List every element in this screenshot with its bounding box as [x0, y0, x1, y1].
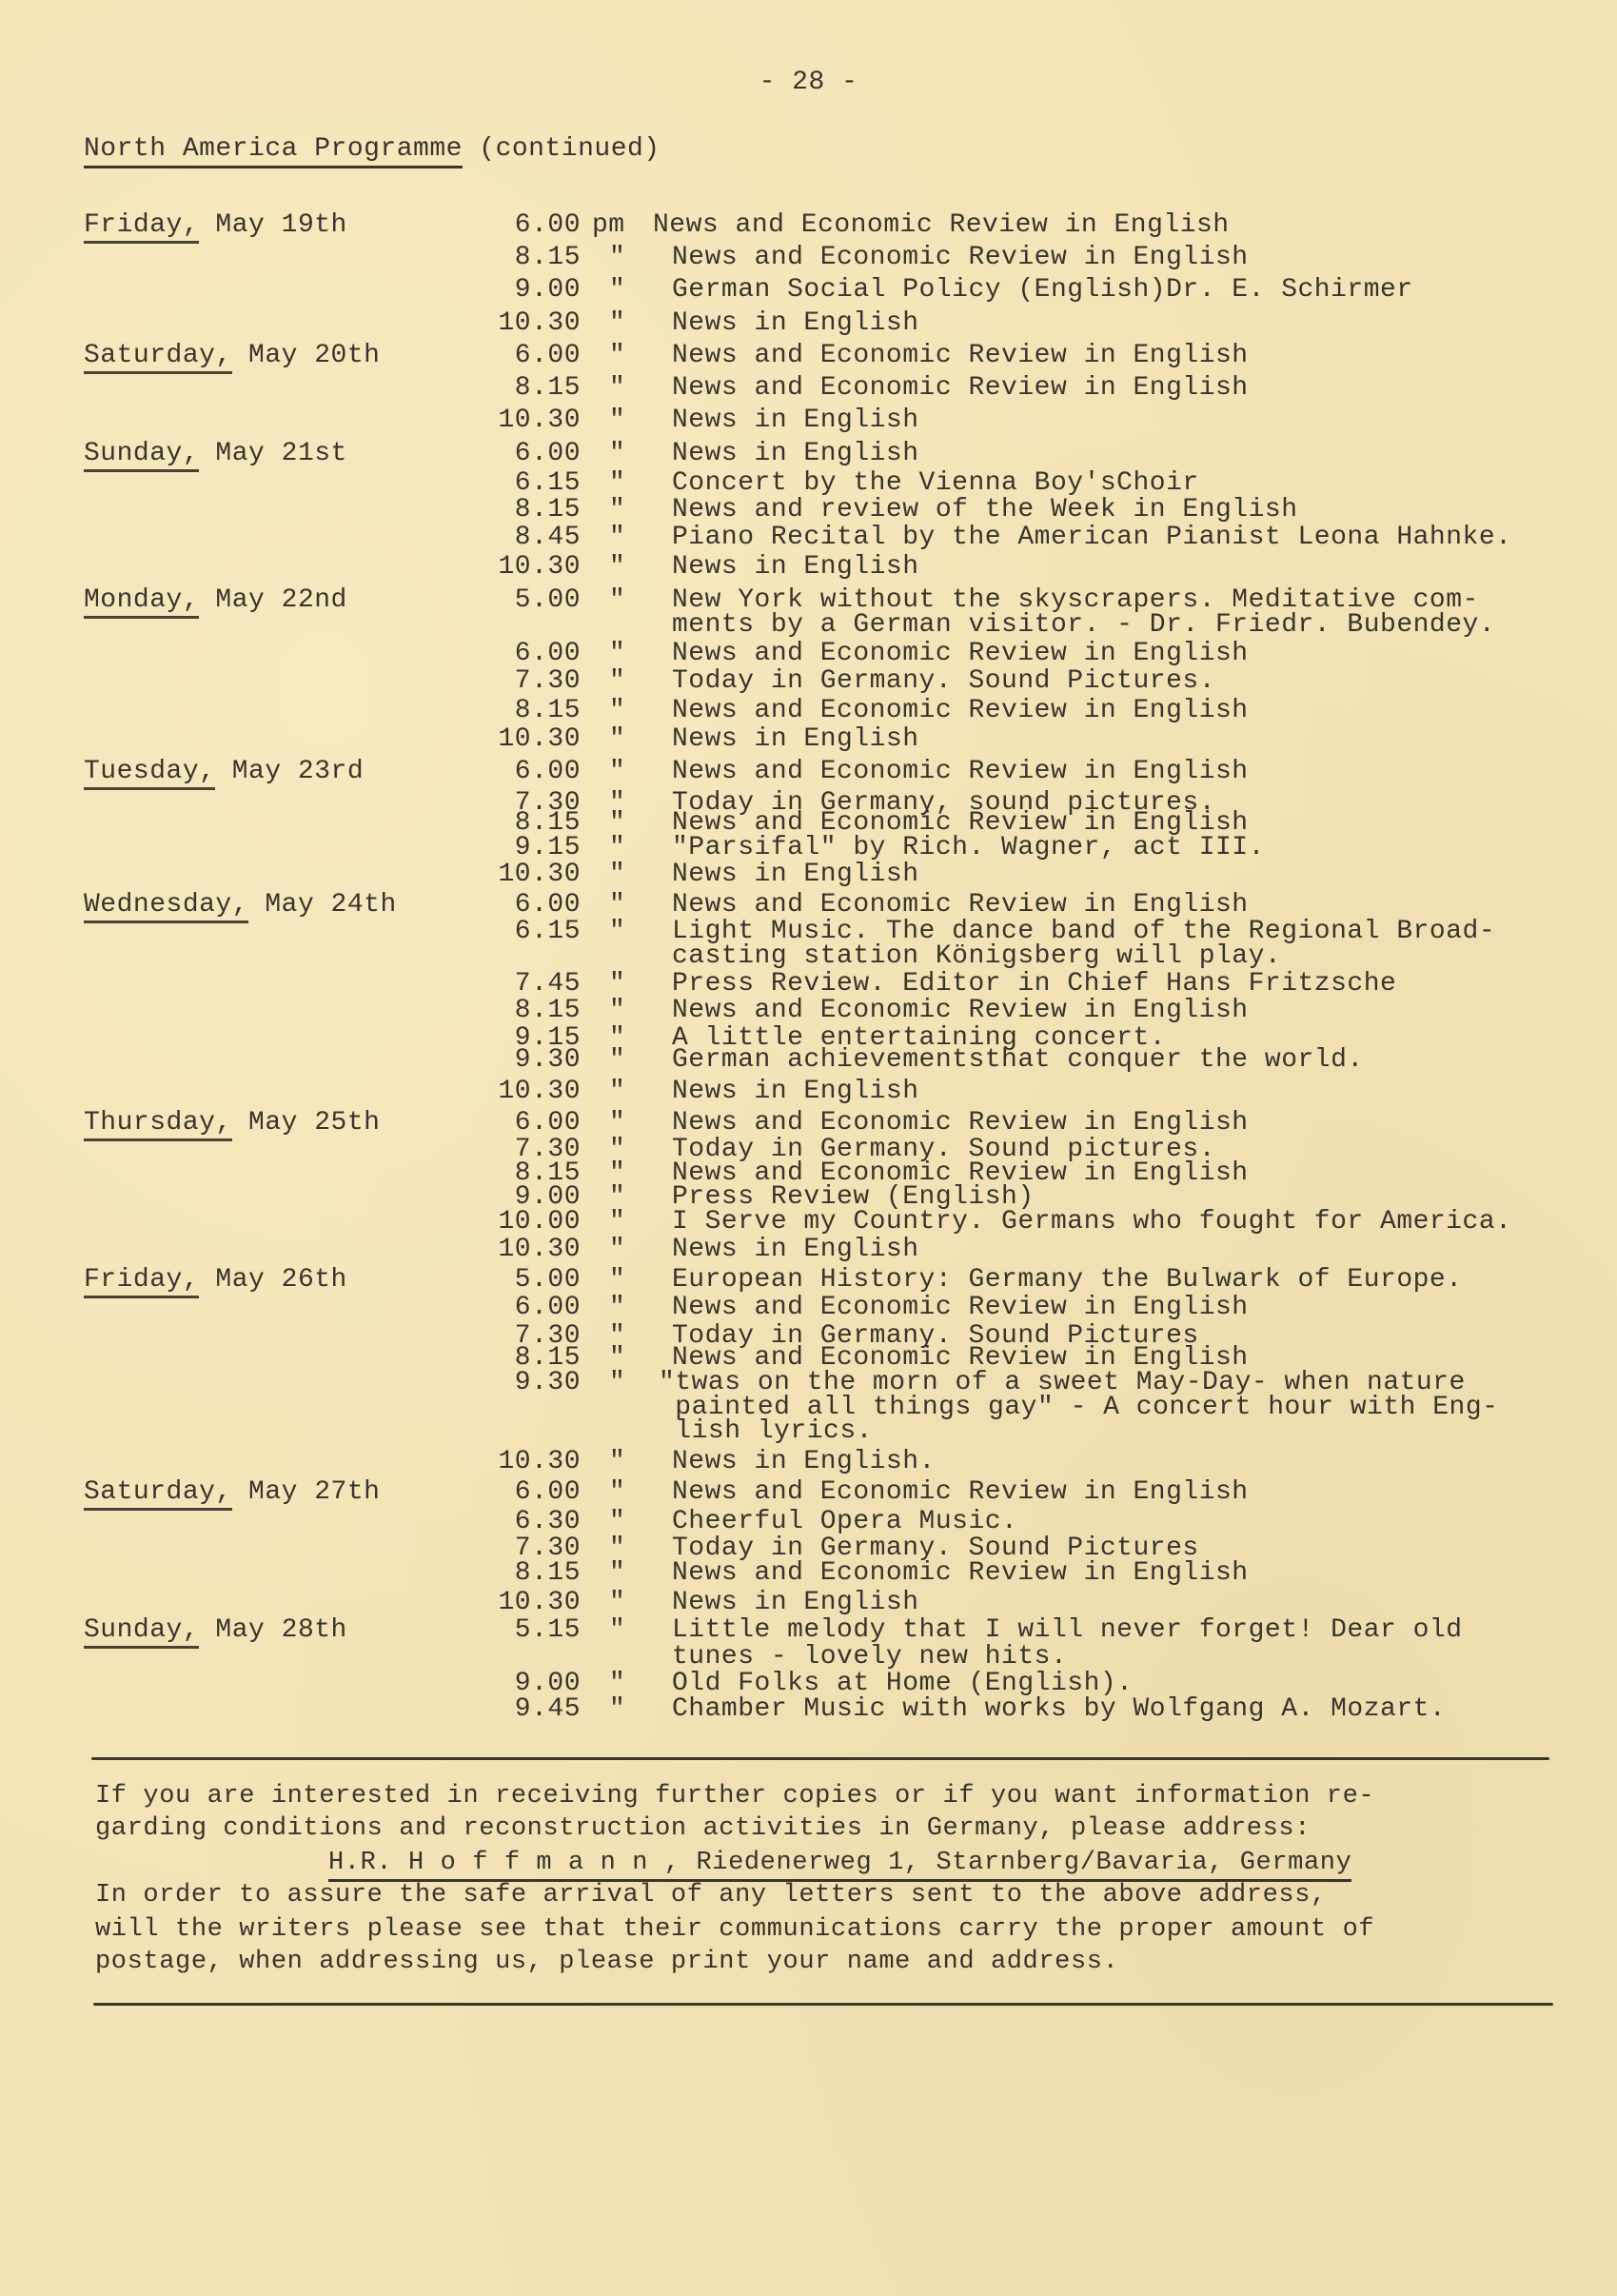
ditto-mark: " [609, 834, 625, 862]
programme-time: 5.15 [409, 1616, 581, 1645]
section-heading: North America Programme (continued) [84, 135, 661, 164]
day-date: May 21st [199, 439, 347, 468]
programme-time: 6.00 [409, 1109, 581, 1138]
programme-title-continued: ments by a German visitor. - Dr. Friedr.… [672, 611, 1495, 640]
address-text: H.R. H o f f m a n n , Riedenerweg 1, St… [328, 1849, 1351, 1882]
day-heading: Saturday, May 20th [84, 342, 380, 370]
day-date: May 20th [232, 341, 381, 370]
day-name: Thursday, [84, 1108, 232, 1141]
programme-time: 9.30 [409, 1369, 581, 1397]
ditto-mark: " [609, 1369, 625, 1397]
ditto-mark: " [609, 861, 625, 889]
ditto-mark: " [609, 1695, 625, 1724]
programme-time: 6.00 [409, 640, 581, 668]
programme-title: News and Economic Review in English [672, 1109, 1249, 1138]
ditto-mark: " [609, 309, 625, 338]
programme-title: News and Economic Review in English [672, 244, 1249, 272]
ditto-mark: " [609, 1508, 625, 1536]
day-name: Friday, [84, 210, 199, 244]
programme-time: 6.00 [409, 891, 581, 920]
programme-time: 5.00 [409, 1266, 581, 1295]
programme-time: 7.45 [409, 970, 581, 999]
programme-time: 6.15 [409, 918, 581, 946]
programme-title: European History: Germany the Bulwark of… [672, 1266, 1463, 1295]
ditto-mark: " [609, 524, 625, 552]
programme-title-continued: casting station Königsberg will play. [672, 942, 1281, 971]
footer-line-2: garding conditions and reconstruction ac… [95, 1814, 1311, 1843]
programme-title: "Parsifal" by Rich. Wagner, act III. [672, 834, 1265, 862]
ditto-mark: " [609, 1046, 625, 1075]
programme-time: 6.30 [409, 1508, 581, 1536]
programme-title: News and Economic Review in English [672, 1294, 1249, 1322]
ditto-mark: " [609, 697, 625, 725]
programme-title: News and Economic Review in English [653, 211, 1230, 240]
programme-title: News and Economic Review in English [672, 891, 1249, 920]
ditto-mark: " [609, 406, 625, 435]
programme-title: News and Economic Review in English [672, 1478, 1249, 1507]
ditto-mark: " [609, 667, 625, 696]
day-date: May 19th [199, 210, 347, 240]
programme-title: News in English [672, 1589, 919, 1617]
ditto-mark: " [609, 1208, 625, 1237]
programme-title: Concert by the Vienna Boy'sChoir [672, 469, 1199, 498]
day-heading: Thursday, May 25th [84, 1109, 380, 1138]
ditto-mark: " [609, 758, 625, 786]
day-name: Wednesday, [84, 890, 248, 923]
ditto-mark: " [609, 440, 625, 468]
programme-time: 10.30 [409, 861, 581, 889]
programme-title: Press Review. Editor in Chief Hans Fritz… [672, 970, 1396, 999]
ditto-mark: " [609, 244, 625, 272]
programme-time: 10.30 [409, 1589, 581, 1617]
day-date: May 28th [199, 1615, 347, 1645]
programme-title: News in English [672, 440, 919, 468]
day-date: May 22nd [199, 585, 347, 615]
contact-address: H.R. H o f f m a n n , Riedenerweg 1, St… [328, 1849, 1351, 1877]
programme-title: News in English [672, 725, 919, 754]
ditto-mark: " [609, 1266, 625, 1295]
day-date: May 24th [248, 890, 397, 920]
ditto-mark: " [609, 970, 625, 999]
programme-time: 6.00 [409, 342, 581, 370]
programme-time: 8.15 [409, 244, 581, 272]
ditto-mark: " [609, 553, 625, 582]
day-date: May 25th [232, 1108, 381, 1138]
ditto-mark: " [609, 342, 625, 370]
programme-time: 8.15 [409, 496, 581, 525]
programme-time: 8.15 [409, 697, 581, 725]
programme-title: Piano Recital by the American Pianist Le… [672, 524, 1511, 552]
programme-time: 10.30 [409, 1236, 581, 1264]
programme-time: 10.30 [409, 553, 581, 582]
day-date: May 23rd [215, 757, 364, 786]
day-heading: Saturday, May 27th [84, 1478, 380, 1507]
footer-line-1: If you are interested in receiving furth… [95, 1782, 1374, 1811]
day-heading: Wednesday, May 24th [84, 891, 397, 920]
programme-time: 6.00 [409, 1478, 581, 1507]
programme-time: 7.30 [409, 667, 581, 696]
programme-title: German Social Policy (English)Dr. E. Sch… [672, 276, 1413, 305]
programme-title: News in English [672, 1236, 919, 1264]
day-name: Sunday, [84, 1615, 199, 1649]
programme-title: News and Economic Review in English [672, 640, 1249, 668]
day-heading: Monday, May 22nd [84, 586, 347, 615]
day-name: Sunday, [84, 439, 199, 472]
programme-time: 9.00 [409, 276, 581, 305]
day-name: Saturday, [84, 1477, 232, 1511]
section-title: North America Programme [84, 134, 463, 168]
programme-title: News and Economic Review in English [672, 342, 1249, 370]
day-name: Monday, [84, 585, 199, 619]
ditto-mark: " [609, 276, 625, 305]
notice-line-2: will the writers please see that their c… [95, 1915, 1374, 1944]
ditto-mark: " [609, 918, 625, 946]
day-heading: Friday, May 19th [84, 211, 347, 240]
programme-title: News and Economic Review in English [672, 697, 1249, 725]
programme-time: 9.45 [409, 1695, 581, 1724]
day-heading: Tuesday, May 23rd [84, 758, 364, 786]
day-date: May 26th [199, 1265, 347, 1295]
programme-time: 9.30 [409, 1046, 581, 1075]
notice-line-1: In order to assure the safe arrival of a… [95, 1881, 1327, 1910]
ditto-mark: " [609, 374, 625, 403]
ditto-mark: " [609, 1559, 625, 1588]
programme-title: I Serve my Country. Germans who fought f… [672, 1208, 1511, 1237]
ditto-mark: " [609, 1616, 625, 1645]
programme-title: News in English [672, 553, 919, 582]
programme-time: 8.45 [409, 524, 581, 552]
programme-title-continued: tunes - lovely new hits. [672, 1643, 1067, 1672]
day-heading: Sunday, May 21st [84, 440, 347, 468]
programme-title: News in English. [672, 1448, 936, 1476]
ditto-mark: " [609, 997, 625, 1025]
programme-time: 6.00 [409, 211, 581, 240]
ditto-mark: " [609, 1078, 625, 1106]
programme-title: News and Economic Review in English [672, 374, 1249, 403]
programme-time: 10.30 [409, 406, 581, 435]
programme-title: Little melody that I will never forget! … [672, 1616, 1463, 1645]
pm-marker: pm [592, 211, 625, 240]
bottom-divider-rule [93, 2003, 1553, 2006]
programme-time: 9.15 [409, 834, 581, 862]
ditto-mark: " [609, 640, 625, 668]
programme-title: News and Economic Review in English [672, 758, 1249, 786]
notice-line-3: postage, when addressing us, please prin… [95, 1948, 1118, 1976]
ditto-mark: " [609, 1236, 625, 1264]
programme-title: Cheerful Opera Music. [672, 1508, 1017, 1536]
day-date: May 27th [232, 1477, 381, 1507]
programme-title: News and review of the Week in English [672, 496, 1298, 525]
programme-title: News and Economic Review in English [672, 1559, 1249, 1588]
ditto-mark: " [609, 586, 625, 615]
programme-title: News and Economic Review in English [672, 997, 1249, 1025]
programme-title: News in English [672, 406, 919, 435]
programme-title: News in English [672, 1078, 919, 1106]
programme-time: 6.15 [409, 469, 581, 498]
ditto-mark: " [609, 725, 625, 754]
programme-time: 5.00 [409, 586, 581, 615]
top-divider-rule [91, 1757, 1549, 1760]
day-heading: Sunday, May 28th [84, 1616, 347, 1645]
ditto-mark: " [609, 1294, 625, 1322]
programme-time: 10.30 [409, 1078, 581, 1106]
programme-time: 6.00 [409, 758, 581, 786]
programme-time: 10.30 [409, 309, 581, 338]
document-page: - 28 - North America Programme (continue… [0, 0, 1617, 2296]
programme-title-continued: lish lyrics. [659, 1417, 873, 1446]
ditto-mark: " [609, 1478, 625, 1507]
ditto-mark: " [609, 469, 625, 498]
programme-time: 10.00 [409, 1208, 581, 1237]
ditto-mark: " [609, 1589, 625, 1617]
ditto-mark: " [609, 891, 625, 920]
ditto-mark: " [609, 1109, 625, 1138]
day-name: Saturday, [84, 341, 232, 374]
page-number: - 28 - [0, 69, 1617, 97]
ditto-mark: " [609, 496, 625, 525]
programme-time: 8.15 [409, 374, 581, 403]
programme-time: 6.00 [409, 1294, 581, 1322]
programme-title: Chamber Music with works by Wolfgang A. … [672, 1695, 1446, 1724]
day-heading: Friday, May 26th [84, 1266, 347, 1295]
day-name: Tuesday, [84, 757, 215, 790]
ditto-mark: " [609, 1448, 625, 1476]
programme-title: Today in Germany. Sound Pictures. [672, 667, 1215, 696]
programme-time: 8.15 [409, 1559, 581, 1588]
programme-time: 6.00 [409, 440, 581, 468]
programme-time: 10.30 [409, 725, 581, 754]
day-name: Friday, [84, 1265, 199, 1298]
programme-title: News in English [672, 309, 919, 338]
programme-time: 8.15 [409, 997, 581, 1025]
programme-time: 10.30 [409, 1448, 581, 1476]
section-subtitle: (continued) [463, 134, 661, 164]
programme-title: News in English [672, 861, 919, 889]
programme-title: German achievementsthat conquer the worl… [672, 1046, 1364, 1075]
